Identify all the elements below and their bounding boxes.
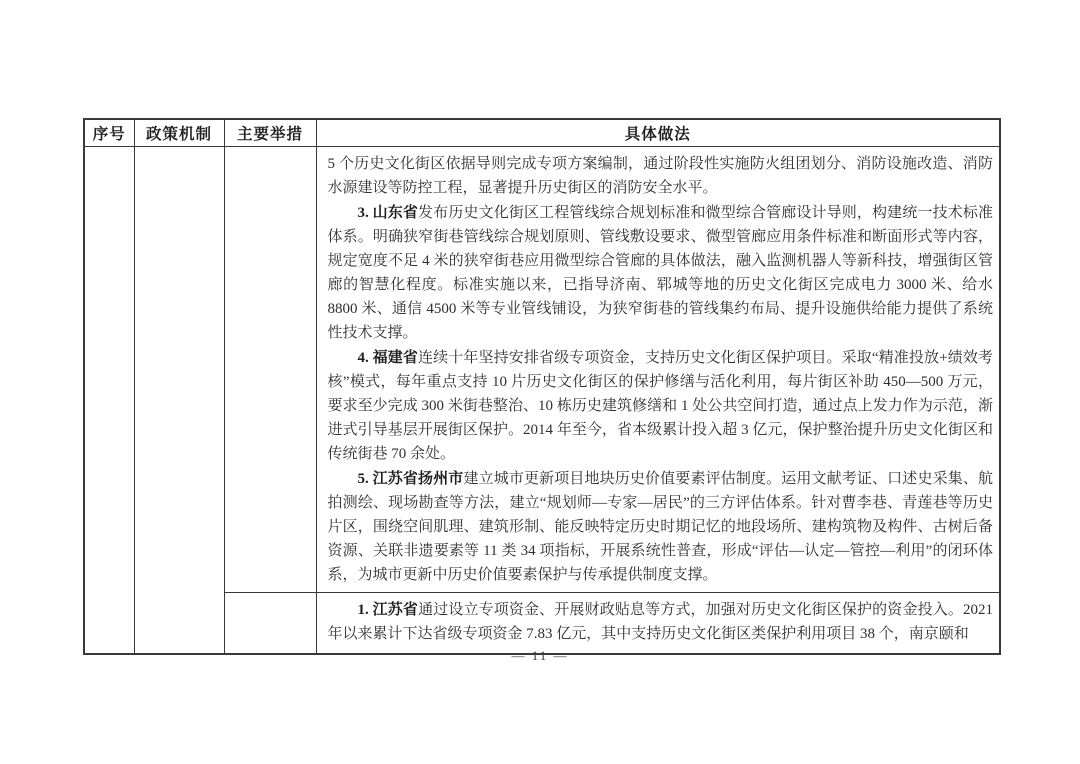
header-main-measures: 主要举措 [224, 119, 316, 146]
cell-seq-no [84, 146, 134, 654]
header-specific-practices: 具体做法 [316, 119, 1000, 146]
header-policy-mechanism: 政策机制 [134, 119, 224, 146]
cell-specific-practices-2: 1. 江苏省通过设立专项资金、开展财政贴息等方式，加强对历史文化街区保护的资金投… [316, 592, 1000, 654]
paragraph-lead: 3. 山东省 [358, 205, 419, 221]
paragraph-lead: 1. 江苏省 [358, 602, 419, 618]
paragraph: 5. 江苏省扬州市建立城市更新项目地块历史价值要素评估制度。运用文献考证、口述史… [328, 467, 994, 587]
header-seq-no: 序号 [84, 119, 134, 146]
cell-policy-mechanism [134, 146, 224, 654]
cell-main-measures-1 [224, 146, 316, 592]
paragraph: 3. 山东省发布历史文化街区工程管线综合规划标准和微型综合管廊设计导则，构建统一… [328, 201, 994, 345]
paragraph-lead: 5. 江苏省扬州市 [358, 471, 464, 487]
document-page: 序号 政策机制 主要举措 具体做法 5 个历史文化街区依据导则完成专项方案编制，… [0, 0, 1080, 764]
cell-main-measures-2 [224, 592, 316, 654]
paragraph: 1. 江苏省通过设立专项资金、开展财政贴息等方式，加强对历史文化街区保护的资金投… [328, 598, 994, 646]
page-number: — 11 — [0, 648, 1080, 664]
policy-table: 序号 政策机制 主要举措 具体做法 5 个历史文化街区依据导则完成专项方案编制，… [83, 118, 1001, 655]
table-row: 5 个历史文化街区依据导则完成专项方案编制，通过阶段性实施防火组团划分、消防设施… [84, 146, 1000, 592]
paragraph: 5 个历史文化街区依据导则完成专项方案编制，通过阶段性实施防火组团划分、消防设施… [328, 152, 994, 200]
header-row: 序号 政策机制 主要举措 具体做法 [84, 119, 1000, 146]
paragraph-lead: 4. 福建省 [358, 350, 419, 366]
paragraph: 4. 福建省连续十年坚持安排省级专项资金，支持历史文化街区保护项目。采取“精准投… [328, 346, 994, 466]
cell-specific-practices-1: 5 个历史文化街区依据导则完成专项方案编制，通过阶段性实施防火组团划分、消防设施… [316, 146, 1000, 592]
